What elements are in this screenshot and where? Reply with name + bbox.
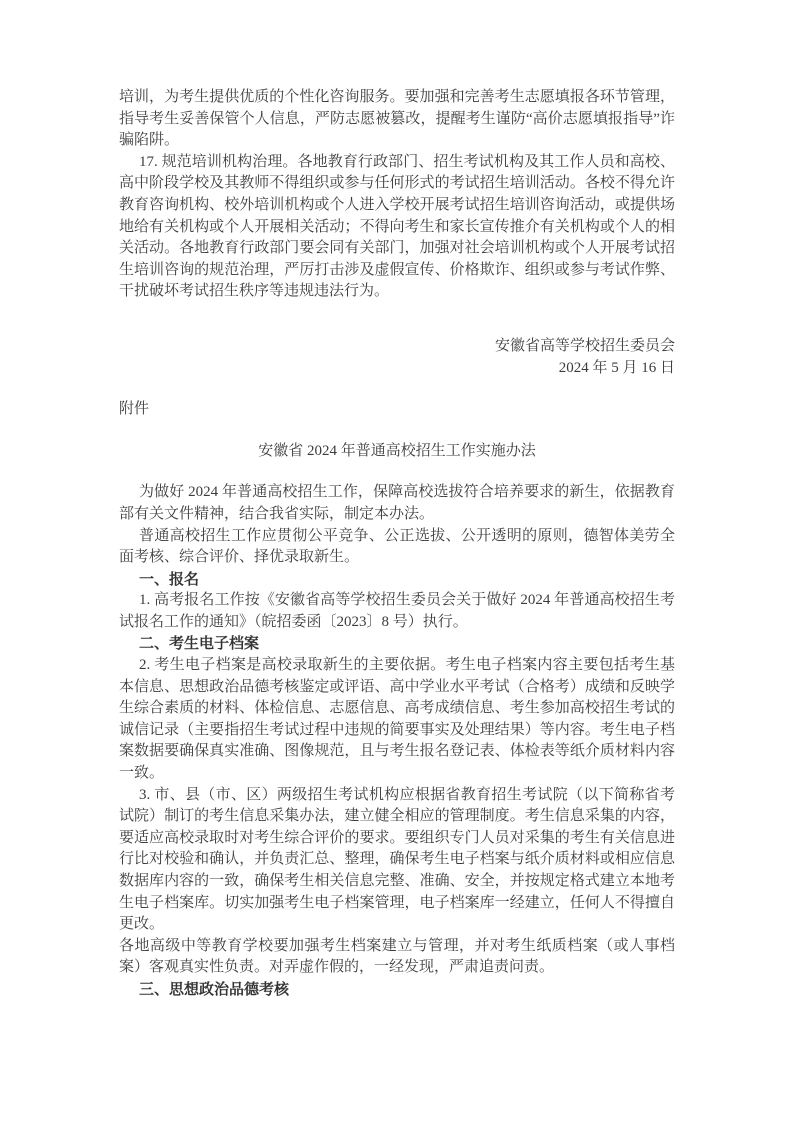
document-page: 培训，为考生提供优质的个性化咨询服务。要加强和完善考生志愿填报各环节管理，指导考… bbox=[0, 0, 793, 1122]
section-heading-electronic-records: 二、考生电子档案 bbox=[119, 633, 675, 655]
schools-responsibility-paragraph: 各地高级中等教育学校要加强考生档案建立与管理，并对考生纸质档案（或人事档案）客观… bbox=[119, 936, 675, 979]
intro-paragraph-1: 为做好 2024 年普通高校招生工作，保障高校选拔符合培养要求的新生，依据教育部… bbox=[119, 482, 675, 525]
attachment-label: 附件 bbox=[119, 399, 675, 421]
closing-continued-paragraph: 培训，为考生提供优质的个性化咨询服务。要加强和完善考生志愿填报各环节管理，指导考… bbox=[119, 87, 675, 152]
issue-date: 2024 年 5 月 16 日 bbox=[119, 358, 675, 380]
issuer-signature: 安徽省高等学校招生委员会 bbox=[119, 336, 675, 358]
item-1-paragraph: 1. 高考报名工作按《安徽省高等学校招生委员会关于做好 2024 年普通高校招生… bbox=[119, 590, 675, 633]
attachment-title: 安徽省 2024 年普通高校招生工作实施办法 bbox=[119, 441, 675, 463]
section-heading-ideological-moral-assessment: 三、思想政治品德考核 bbox=[119, 979, 675, 1001]
section-heading-registration: 一、报名 bbox=[119, 569, 675, 591]
item-3-paragraph: 3. 市、县（市、区）两级招生考试机构应根据省教育招生考试院（以下简称省考试院）… bbox=[119, 785, 675, 936]
item-2-paragraph: 2. 考生电子档案是高校录取新生的主要依据。考生电子档案内容主要包括考生基本信息… bbox=[119, 655, 675, 785]
item-17-paragraph: 17. 规范培训机构治理。各地教育行政部门、招生考试机构及其工作人员和高校、高中… bbox=[119, 152, 675, 303]
intro-paragraph-2: 普通高校招生工作应贯彻公平竞争、公正选拔、公开透明的原则，德智体美劳全面考核、综… bbox=[119, 526, 675, 569]
